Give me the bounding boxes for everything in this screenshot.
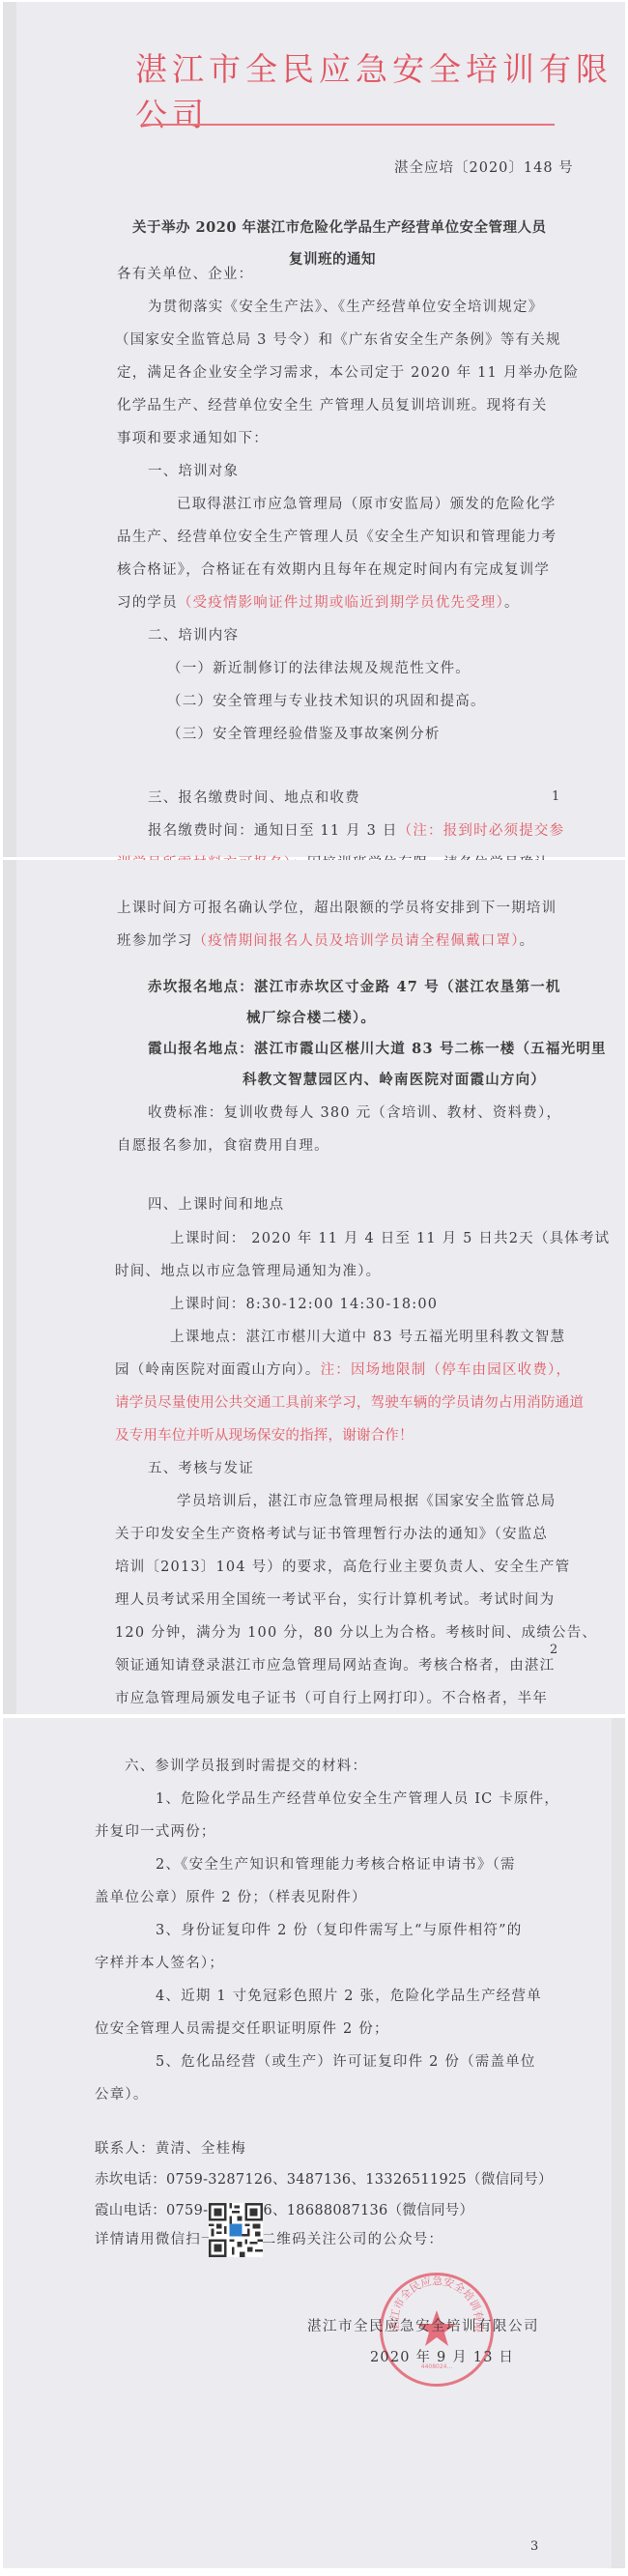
intro-line: 化学品生产、经营单位安全生 产管理人员复训培训班。现将有关 [117, 394, 547, 415]
xiashan-address-cont: 科教文智慧园区内、岭南医院对面霞山方向） [243, 1069, 546, 1089]
xiashan-location-label: 霞山报名地点： [148, 1041, 254, 1057]
chikan-address: 湛江市赤坎区寸金路 47 号（湛江农垦第一机 [254, 979, 561, 995]
intro-line: 为贯彻落实《安全生产法》、《生产经营单位安全培训规定》 [148, 296, 543, 316]
chikan-location-label: 赤坎报名地点： [148, 979, 254, 995]
materials-line: 4、近期 1 寸免冠彩色照片 2 张，危险化学品生产经营单 [156, 1985, 542, 2005]
materials-line: 2、《安全生产知识和管理能力考核合格证申请书》（需 [156, 1853, 516, 1874]
materials-line: 位安全管理人员需提交任职证明原件 2 份； [95, 2018, 389, 2038]
section2-item: （三）安全管理经验借鉴及事故案例分析 [167, 723, 441, 743]
intro-line: （国家安全监管总局 3 号令）和《广东省安全生产条例》等有关规 [115, 329, 561, 349]
section1-last-line: 习的学员（受疫情影响证件过期或临近到期学员优先受理）。 [117, 591, 520, 612]
intro-line: 事项和要求通知如下： [117, 427, 269, 447]
section-heading-1: 一、培训对象 [148, 460, 239, 480]
notice-title-line2: 复训班的通知 [289, 248, 376, 269]
document-number: 湛全应培〔2020〕148 号 [394, 157, 574, 177]
page-2: 上课时间方可报名确认学位，超出限额的学员将安排到下一期培训 班参加学习（疫情期间… [3, 860, 625, 1714]
class-venue: 上课地点：湛江市椹川大道中 83 号五福光明里科教文智慧 [170, 1326, 565, 1346]
class-hours: 上课时间：8:30-12:00 14:30-18:00 [170, 1293, 438, 1313]
signature-company: 湛江市全民应急安全培训有限公司 [307, 2315, 539, 2335]
wechat-note: 详情请用微信扫一扫以下二维码关注公司的公众号： [95, 2228, 443, 2248]
class-dates-cont: 时间、地点以市应急管理局通知为准）。 [115, 1260, 381, 1280]
materials-line: 3、身份证复印件 2 份（复印件需写上“与原件相符”的 [156, 1919, 522, 1939]
section5-line: 120 分钟，满分为 100 分，80 分以上为合格。考核时间、成绩公告、 [115, 1621, 597, 1642]
section-heading-3: 三、报名缴费时间、地点和收费 [148, 787, 360, 807]
notice-title-line1: 关于举办 2020 年湛江市危险化学品生产经营单位安全管理人员 [132, 216, 546, 237]
materials-line: 盖单位公章）原件 2 份；（样表见附件） [95, 1886, 367, 1906]
chikan-location: 赤坎报名地点：湛江市赤坎区寸金路 47 号（湛江农垦第一机 [148, 976, 561, 996]
section5-line: 关于印发安全生产资格考试与证书管理暂行办法的通知》（安监总 [115, 1523, 548, 1543]
section1-line: 核合格证》，合格证在有效期内且每年在规定时间内有完成复训学 [117, 558, 550, 579]
venue-direction: 园（岭南医院对面霞山方向）。 [115, 1362, 321, 1378]
page-3: 六、参训学员报到时需提交的材料： 1、危险化学品生产经营单位安全生产管理人员 I… [3, 1718, 625, 2568]
parking-note-end: 及专用车位并听从现场保安的指挥，谢谢合作！ [115, 1424, 414, 1445]
continuation-line1: 上课时间方可报名确认学位，超出限额的学员将安排到下一期培训 [117, 897, 557, 917]
section5-line: 市应急管理局颁发电子证书（可自行上网打印）。不合格者，半年 [115, 1687, 548, 1707]
fee-note: 自愿报名参加，食宿费用自理。 [117, 1134, 329, 1155]
class-venue-cont: 园（岭南医院对面霞山方向）。注：因场地限制（停车由园区收费）， [115, 1359, 571, 1379]
section1-line: 已取得湛江市应急管理局（原市安监局）颁发的危险化学 [177, 493, 557, 513]
section-heading-6: 六、参训学员报到时需提交的材料： [125, 1755, 367, 1775]
materials-line: 字样并本人签名）； [95, 1952, 224, 1972]
xiashan-address: 湛江市霞山区椹川大道 83 号二栋一楼（五福光明里 [254, 1041, 607, 1057]
page-number: 2 [550, 1643, 557, 1657]
contact-persons: 联系人：黄清、全桂梅 [95, 2137, 246, 2158]
chikan-phone: 赤坎电话：0759-3287126、3487136、13326511925（微信… [95, 2168, 553, 2189]
parking-note-cont: 请学员尽量使用公共交通工具前来学习，驾驶车辆的学员请勿占用消防通道 [115, 1391, 584, 1412]
qr-code-icon[interactable] [209, 2203, 263, 2257]
fee-standard: 收费标准：复训收费每人 380 元（含培训、教材、资料费）， [148, 1102, 561, 1122]
xiashan-phone: 霞山电话：0759-2226126、18688087136（微信同号） [95, 2199, 473, 2219]
materials-line: 1、危险化学品生产经营单位安全生产管理人员 IC 卡原件， [156, 1788, 559, 1808]
salutation: 各有关单位、企业： [117, 263, 253, 283]
continuation-suffix: 。 [520, 933, 535, 949]
continuation-line2: 班参加学习（疫情期间报名人员及培训学员请全程佩戴口罩）。 [117, 930, 534, 950]
section1-last-suffix: 。 [504, 595, 520, 611]
intro-line: 定，满足各企业安全学习需求，本公司定于 2020 年 11 月举办危险 [117, 361, 579, 382]
signature-date: 2020 年 9 月 13 日 [370, 2346, 514, 2366]
section2-item: （二）安全管理与专业技术知识的巩固和提高。 [167, 690, 486, 710]
class-dates: 上课时间： 2020 年 11 月 4 日至 11 月 5 日共2天（具体考试 [170, 1227, 610, 1247]
materials-line: 公章）。 [95, 2083, 149, 2104]
letterhead-divider [141, 124, 555, 126]
company-letterhead: 湛江市全民应急安全培训有限公司 [135, 44, 625, 135]
covid-priority-note: （受疫情影响证件过期或临近到期学员优先受理） [178, 595, 504, 611]
section-heading-5: 五、考核与发证 [148, 1457, 254, 1477]
section1-line: 品生产、经营单位安全生产管理人员《安全生产知识和管理能力考 [117, 526, 557, 546]
section5-line: 领证通知请登录湛江市应急管理局网站查询。考核合格者，由湛江 [115, 1654, 555, 1674]
page-number: 1 [552, 789, 559, 804]
section5-line: 学员培训后，湛江市应急管理局根据《国家安全监管总局 [177, 1490, 557, 1510]
continuation-prefix: 班参加学习 [117, 933, 193, 949]
parking-note: 注：因场地限制（停车由园区收费）， [321, 1362, 572, 1378]
section5-line: 培训〔2013〕104 号）的要求，高危行业主要负责人、安全生产管 [115, 1556, 570, 1576]
page-number: 3 [530, 2539, 538, 2554]
section1-last-prefix: 习的学员 [117, 595, 178, 611]
registration-note: （注：报到时必须提交参 [398, 823, 565, 839]
materials-line: 并复印一式两份； [95, 1820, 216, 1841]
chikan-address-cont: 械厂综合楼二楼）。 [246, 1007, 376, 1027]
section-heading-2: 二、培训内容 [148, 624, 239, 644]
section2-item: （一）新近制修订的法律法规及规范性文件。 [167, 657, 471, 677]
section-heading-4: 四、上课时间和地点 [148, 1193, 284, 1214]
page-1: 湛江市全民应急安全培训有限公司 湛全应培〔2020〕148 号 关于举办 202… [3, 2, 625, 857]
xiashan-location: 霞山报名地点：湛江市霞山区椹川大道 83 号二栋一楼（五福光明里 [148, 1038, 607, 1058]
materials-line: 5、危化品经营（或生产）许可证复印件 2 份（需盖单位 [156, 2050, 536, 2071]
mask-note: （疫情期间报名人员及培训学员请全程佩戴口罩） [193, 933, 520, 949]
section5-line: 理人员考试采用全国统一考试平台，实行计算机考试。考试时间为 [115, 1589, 555, 1609]
section3-line1: 报名缴费时间：通知日至 11 月 3 日（注：报到时必须提交参 [148, 819, 564, 840]
registration-time: 报名缴费时间：通知日至 11 月 3 日 [148, 823, 398, 839]
